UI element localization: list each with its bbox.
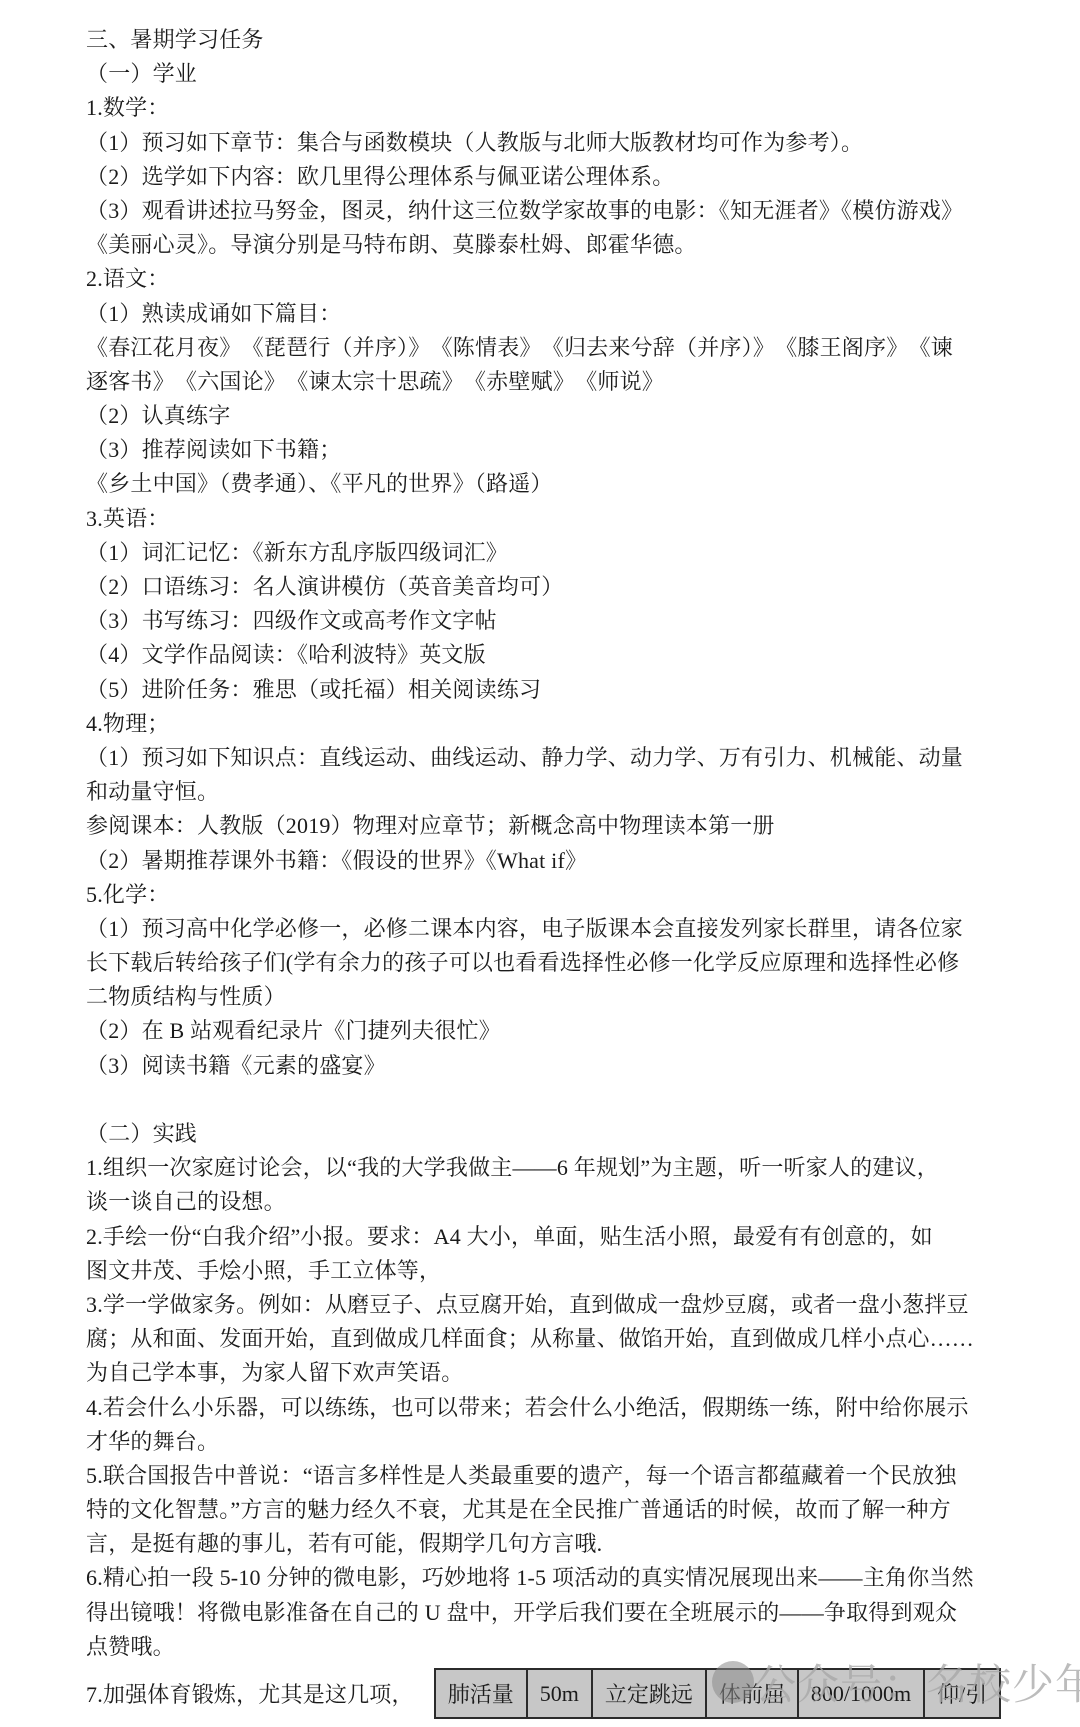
text-line: 谈一谈自己的设想。 (86, 1185, 996, 1219)
sports-table-cell: 肺活量 (435, 1669, 527, 1718)
text-line: 图文井茂、手烩小照，手工立体等， (86, 1254, 996, 1288)
text-line: 和动量守恒。 (86, 775, 996, 809)
text-line: （1）预习高中化学必修一，必修二课本内容，电子版课本会直接发列家长群里，请各位家 (86, 912, 996, 946)
footer-text: 7.加强体育锻炼，尤其是这几项， (86, 1678, 414, 1709)
text-line: （3）推荐阅读如下书籍； (86, 433, 996, 467)
text-line: 三、暑期学习任务 (86, 23, 996, 57)
text-line: （2）口语练习：名人演讲模仿（英音美音均可） (86, 570, 996, 604)
text-line: （1）预习如下知识点：直线运动、曲线运动、静力学、动力学、万有引力、机械能、动量 (86, 741, 996, 775)
text-line: 5.联合国报告中普说：“语言多样性是人类最重要的遗产，每一个语言都蕴藏着一个民放… (86, 1459, 996, 1493)
text-line: 1.数学： (86, 91, 996, 125)
text-line: 2.手绘一份“白我介绍”小报。要求：A4 大小，单面，贴生活小照，最爱有有创意的… (86, 1220, 996, 1254)
text-line: （2）选学如下内容：欧几里得公理体系与佩亚诺公理体系。 (86, 160, 996, 194)
text-line: 特的文化智慧。”方言的魅力经久不衰，尤其是在全民推广普通话的时候，故而了解一种方 (86, 1493, 996, 1527)
text-line: 5.化学： (86, 878, 996, 912)
text-line: 3.英语： (86, 502, 996, 536)
text-line: （3）书写练习：四级作文或高考作文字帖 (86, 604, 996, 638)
text-line: （1）预习如下章节：集合与函数模块（人教版与北师大版教材均可作为参考）。 (86, 126, 996, 160)
text-line: （1）熟读成诵如下篇目： (86, 297, 996, 331)
text-line (86, 1083, 996, 1117)
text-line: （3）阅读书籍《元素的盛宴》 (86, 1049, 996, 1083)
text-line: （4）文学作品阅读：《哈利波特》英文版 (86, 638, 996, 672)
text-line: （二）实践 (86, 1117, 996, 1151)
text-line: 才华的舞台。 (86, 1425, 996, 1459)
text-line: 参阅课本：人教版（2019）物理对应章节；新概念高中物理读本第一册 (86, 809, 996, 843)
sports-table-cell: 立定跳远 (592, 1669, 706, 1718)
text-line: 2.语文： (86, 262, 996, 296)
sports-table-cell: 仰/引 (924, 1669, 1000, 1718)
text-line: 二物质结构与性质） (86, 980, 996, 1014)
text-line: 6.精心拍一段 5-10 分钟的微电影，巧妙地将 1-5 项活动的真实情况展现出… (86, 1561, 996, 1595)
text-line: 长下载后转给孩子们(学有余力的孩子可以也看看选择性必修一化学反应原理和选择性必修 (86, 946, 996, 980)
document-body: 三、暑期学习任务（一）学业1.数学：（1）预习如下章节：集合与函数模块（人教版与… (0, 0, 1080, 1664)
text-line: 《乡土中国》（费孝通）、《平凡的世界》（路遥） (86, 467, 996, 501)
text-line: 4.若会什么小乐器，可以练练，也可以带来；若会什么小绝活，假期练一练，附中给你展… (86, 1391, 996, 1425)
text-line: （2）认真练字 (86, 399, 996, 433)
text-line: （1）词汇记忆：《新东方乱序版四级词汇》 (86, 536, 996, 570)
text-line: （3）观看讲述拉马努金，图灵，纳什这三位数学家故事的电影：《知无涯者》《模仿游戏… (86, 194, 996, 228)
text-line: 3.学一学做家务。例如：从磨豆子、点豆腐开始，直到做成一盘炒豆腐，或者一盘小葱拌… (86, 1288, 996, 1322)
text-line: 4.物理； (86, 707, 996, 741)
text-line: （5）进阶任务：雅思（或托福）相关阅读练习 (86, 673, 996, 707)
text-line: （2）暑期推荐课外书籍：《假设的世界》《What if》 (86, 844, 996, 878)
sports-table-cell: 体前屈 (706, 1669, 798, 1718)
text-line: 逐客书》 《六国论》 《谏太宗十思疏》 《赤壁赋》 《师说》 (86, 365, 996, 399)
footer-line: 7.加强体育锻炼，尤其是这几项， 肺活量50m立定跳远体前屈800/1000m仰… (0, 1668, 1080, 1719)
text-line: 1.组织一次家庭讨论会，以“我的大学我做主——6 年规划”为主题，听一听家人的建… (86, 1151, 996, 1185)
text-line: 为自己学本事，为家人留下欢声笑语。 (86, 1356, 996, 1390)
sports-table-cell: 800/1000m (798, 1669, 924, 1718)
text-line: 《春江花月夜》 《琵琶行（并序）》 《陈情表》 《归去来兮辞（并序）》 《膝王阁… (86, 331, 996, 365)
text-line: 得出镜哦！将微电影准备在自己的 U 盘中，开学后我们要在全班展示的——争取得到观… (86, 1596, 996, 1630)
text-line: （2）在 B 站观看纪录片《门捷列夫很忙》 (86, 1014, 996, 1048)
sports-table-row: 肺活量50m立定跳远体前屈800/1000m仰/引 (435, 1669, 1001, 1718)
text-line: 《美丽心灵》。导演分别是马特布朗、莫滕泰杜姆、郎霍华德。 (86, 228, 996, 262)
text-line: 言，是挺有趣的事儿，若有可能，假期学几句方言哦. (86, 1527, 996, 1561)
text-line: 腐；从和面、发面开始，直到做成几样面食；从称量、做馅开始，直到做成几样小点心…… (86, 1322, 996, 1356)
sports-table: 肺活量50m立定跳远体前屈800/1000m仰/引 (434, 1668, 1002, 1719)
text-line: （一）学业 (86, 57, 996, 91)
sports-table-cell: 50m (527, 1669, 592, 1718)
text-line: 点赞哦。 (86, 1630, 996, 1664)
document-page: 三、暑期学习任务（一）学业1.数学：（1）预习如下章节：集合与函数模块（人教版与… (0, 0, 1080, 1727)
